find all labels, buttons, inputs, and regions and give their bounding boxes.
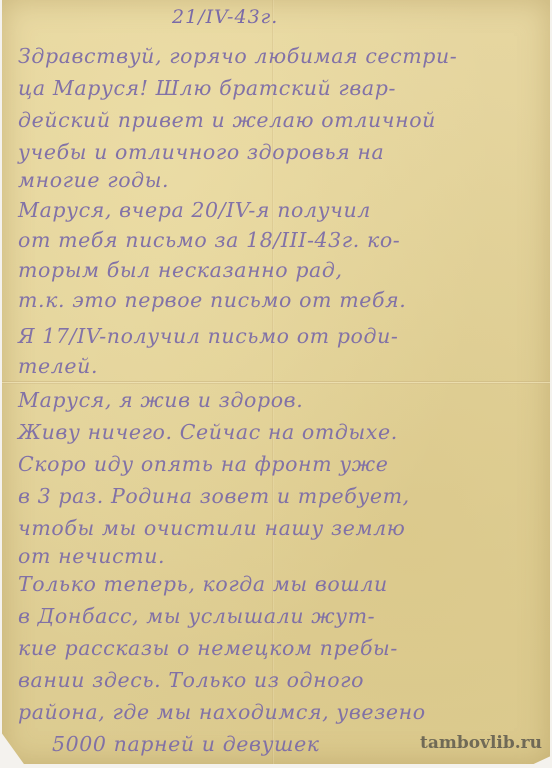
letter-line: многие годы.	[18, 168, 169, 192]
letter-line: кие рассказы о немецком пребы-	[18, 636, 398, 660]
letter-line: т.к. это первое письмо от тебя.	[18, 288, 406, 312]
letter-line: Маруся, я жив и здоров.	[18, 388, 303, 412]
letter-line: торым был несказанно рад,	[18, 258, 343, 282]
letter-line: телей.	[18, 354, 98, 378]
letter-line: Маруся, вчера 20/IV-я получил	[18, 198, 371, 222]
letter-line: Живу ничего. Сейчас на отдыхе.	[18, 420, 398, 444]
letter-line: Здравствуй, горячо любимая сестри-	[18, 44, 457, 68]
letter-line: в Донбасс, мы услышали жут-	[18, 604, 375, 628]
letter-line: от тебя письмо за 18/III-43г. ко-	[18, 228, 400, 252]
letter-line: ца Маруся! Шлю братский гвар-	[18, 76, 396, 100]
letter-line: учебы и отличного здоровья на	[18, 140, 384, 164]
letter-line: Только теперь, когда мы вошли	[18, 572, 388, 596]
letter-line: Я 17/IV-получил письмо от роди-	[18, 324, 398, 348]
handwritten-letter: 21/IV-43г. Здравствуй, горячо любимая се…	[0, 0, 552, 768]
letter-line: Скоро иду опять на фронт уже	[18, 452, 388, 476]
letter-line: дейский привет и желаю отличной	[18, 108, 436, 132]
letter-date: 21/IV-43г.	[172, 6, 278, 28]
letter-line: вании здесь. Только из одного	[18, 668, 364, 692]
letter-line: от нечисти.	[18, 544, 165, 568]
watermark: tambovlib.ru	[420, 733, 542, 753]
letter-line: в 3 раз. Родина зовет и требует,	[18, 484, 410, 508]
letter-line: чтобы мы очистили нашу землю	[18, 516, 405, 540]
letter-line: 5000 парней и девушек	[52, 732, 320, 756]
letter-line: района, где мы находимся, увезено	[18, 700, 426, 724]
